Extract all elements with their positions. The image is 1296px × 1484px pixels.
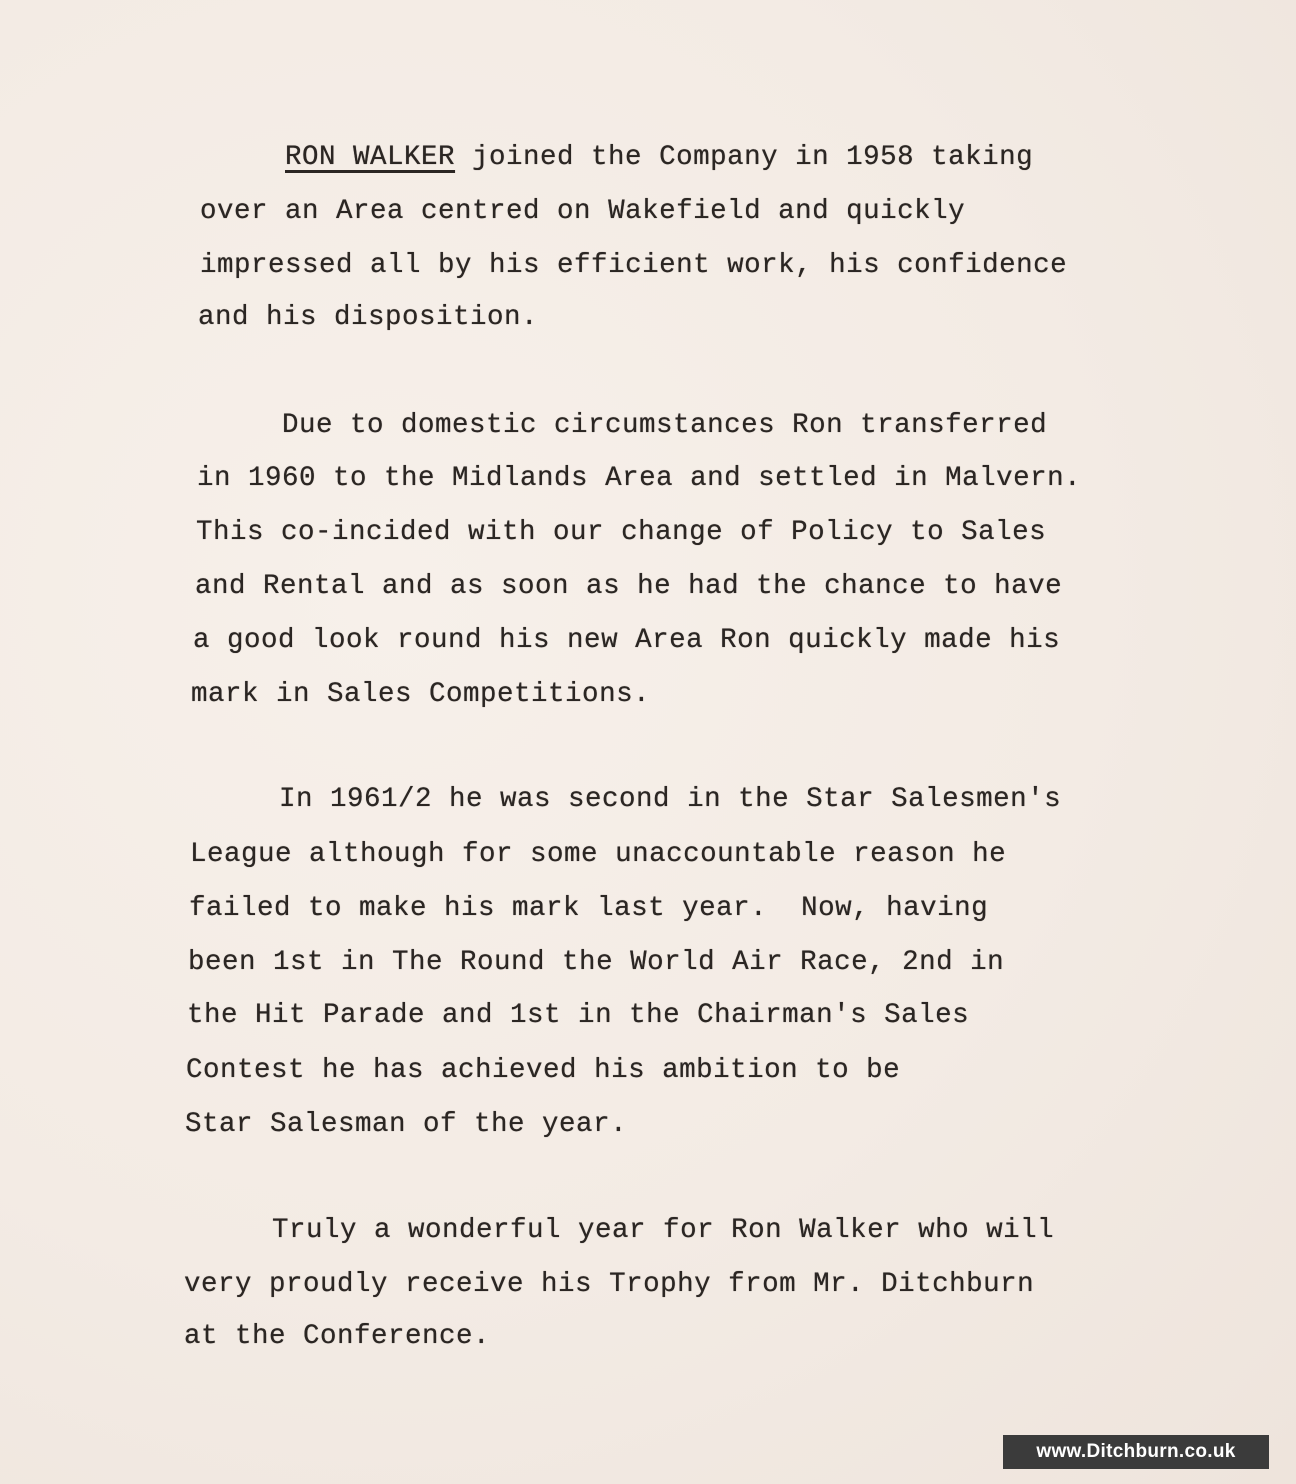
paragraph-3-line-6: Contest he has achieved his ambition to … <box>186 1055 900 1087</box>
paragraph-4-line-3: at the Conference. <box>184 1321 490 1353</box>
typewritten-page: RON WALKER joined the Company in 1958 ta… <box>0 0 1296 1484</box>
paragraph-2-line-3: This co-incided with our change of Polic… <box>196 517 1046 549</box>
paragraph-2-line-1: Due to domestic circumstances Ron transf… <box>282 410 1047 442</box>
paragraph-2-line-4: and Rental and as soon as he had the cha… <box>195 571 1062 603</box>
website-watermark: www.Ditchburn.co.uk <box>1003 1435 1269 1469</box>
paragraph-3-line-2: League although for some unaccountable r… <box>190 839 1006 871</box>
paragraph-3-line-1: In 1961/2 he was second in the Star Sale… <box>279 784 1061 816</box>
paragraph-2-line-2: in 1960 to the Midlands Area and settled… <box>197 463 1081 495</box>
paragraph-3-line-7: Star Salesman of the year. <box>185 1109 627 1141</box>
paragraph-4-line-1: Truly a wonderful year for Ron Walker wh… <box>272 1215 1054 1247</box>
paragraph-1-line-1: RON WALKER joined the Company in 1958 ta… <box>285 142 1033 174</box>
paragraph-1-line-4: and his disposition. <box>198 302 538 334</box>
paragraph-3-line-3: failed to make his mark last year. Now, … <box>189 893 988 925</box>
paragraph-3-line-4: been 1st in The Round the World Air Race… <box>188 947 1004 979</box>
paragraph-3-line-5: the Hit Parade and 1st in the Chairman's… <box>187 1000 969 1032</box>
subject-name: RON WALKER <box>285 142 455 173</box>
paragraph-2-line-5: a good look round his new Area Ron quick… <box>193 625 1060 657</box>
paragraph-2-line-6: mark in Sales Competitions. <box>191 679 650 711</box>
paragraph-1-line-3: impressed all by his efficient work, his… <box>200 250 1067 282</box>
paragraph-1-line-2: over an Area centred on Wakefield and qu… <box>200 196 965 228</box>
paragraph-4-line-2: very proudly receive his Trophy from Mr.… <box>184 1269 1034 1301</box>
